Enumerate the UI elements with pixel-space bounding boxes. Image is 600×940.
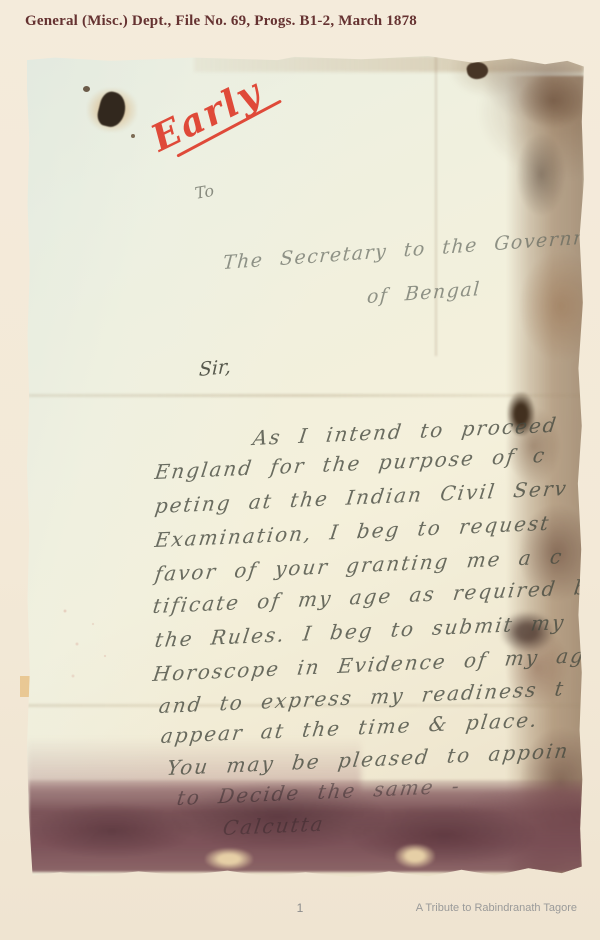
letter-body-line-faded: to Decide the same - [175, 774, 462, 811]
letter-body-line: Examination, I beg to request [153, 511, 552, 552]
letter-body-line: England for the purpose of c [153, 443, 547, 484]
bottom-edge-notch [205, 848, 253, 870]
red-annotation-early: Early [146, 66, 283, 162]
top-edge-stain [194, 56, 584, 72]
horizontal-fold-crease [27, 394, 584, 397]
red-speckle-cluster [49, 596, 129, 696]
to-mark: To [193, 181, 215, 203]
address-line-2: of Bengal [366, 278, 481, 308]
top-right-corner-stain [414, 56, 584, 196]
scanned-book-page: General (Misc.) Dept., File No. 69, Prog… [0, 0, 600, 940]
scanned-letter: Early To The Secretary to the Government… [27, 56, 584, 878]
address-line-1: The Secretary to the Government [222, 224, 584, 274]
dark-spot-top [466, 60, 490, 80]
vertical-fold-crease [435, 56, 437, 356]
letter-body-line-faded: Calcutta [221, 811, 326, 840]
ink-blot [95, 89, 129, 129]
archive-file-header: General (Misc.) Dept., File No. 69, Prog… [25, 13, 417, 30]
ink-speck [131, 134, 135, 138]
ink-blot-halo [87, 88, 137, 132]
book-title-footer: A Tribute to Rabindranath Tagore [416, 902, 577, 914]
ink-speck [83, 86, 90, 92]
bottom-edge-notch [395, 844, 435, 868]
greeting: Sir, [199, 356, 232, 382]
